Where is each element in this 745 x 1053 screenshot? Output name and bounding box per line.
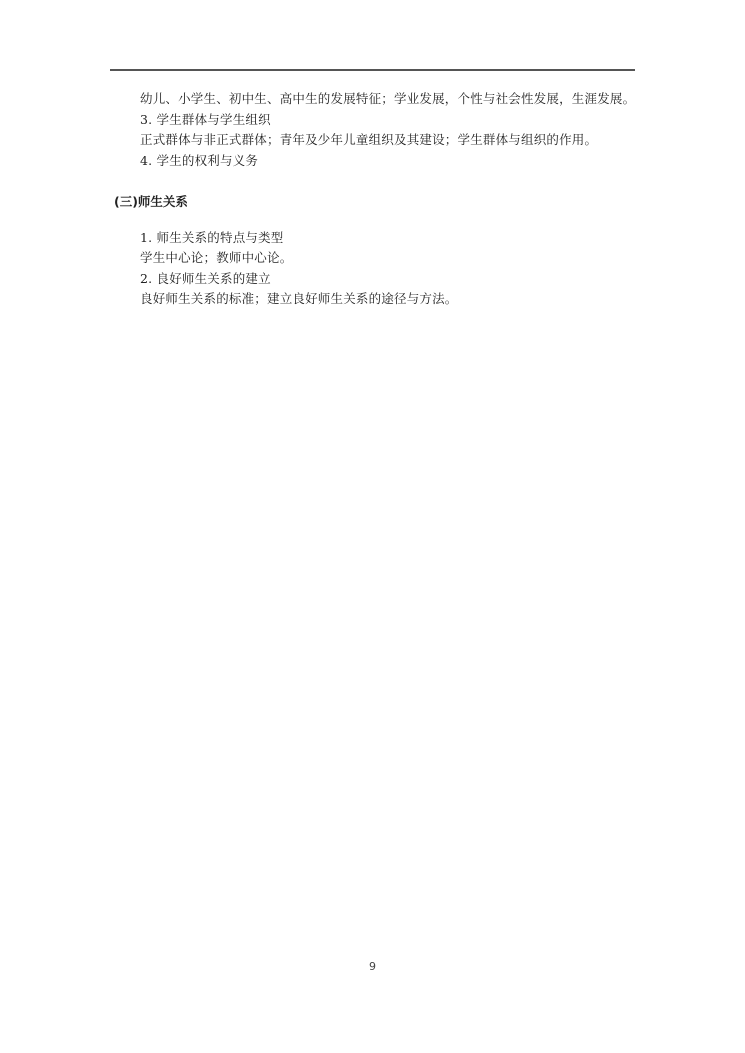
text-line: 良好师生关系的标准；建立良好师生关系的途径与方法。 xyxy=(140,291,458,307)
section-heading: (三)师生关系 xyxy=(114,194,188,210)
item-heading: 3. 学生群体与学生组织 xyxy=(140,112,271,128)
text-line: 学生中心论；教师中心论。 xyxy=(140,250,292,266)
item-heading: 4. 学生的权利与义务 xyxy=(140,153,258,169)
item-heading: 1. 师生关系的特点与类型 xyxy=(140,230,284,246)
text-line: 幼儿、小学生、初中生、高中生的发展特征；学业发展，个性与社会性发展，生涯发展。 xyxy=(140,91,635,107)
item-heading: 2. 良好师生关系的建立 xyxy=(140,271,271,287)
page-number: 9 xyxy=(0,960,745,973)
header-rule xyxy=(110,69,635,71)
text-line: 正式群体与非正式群体；青年及少年儿童组织及其建设；学生群体与组织的作用。 xyxy=(140,132,597,148)
